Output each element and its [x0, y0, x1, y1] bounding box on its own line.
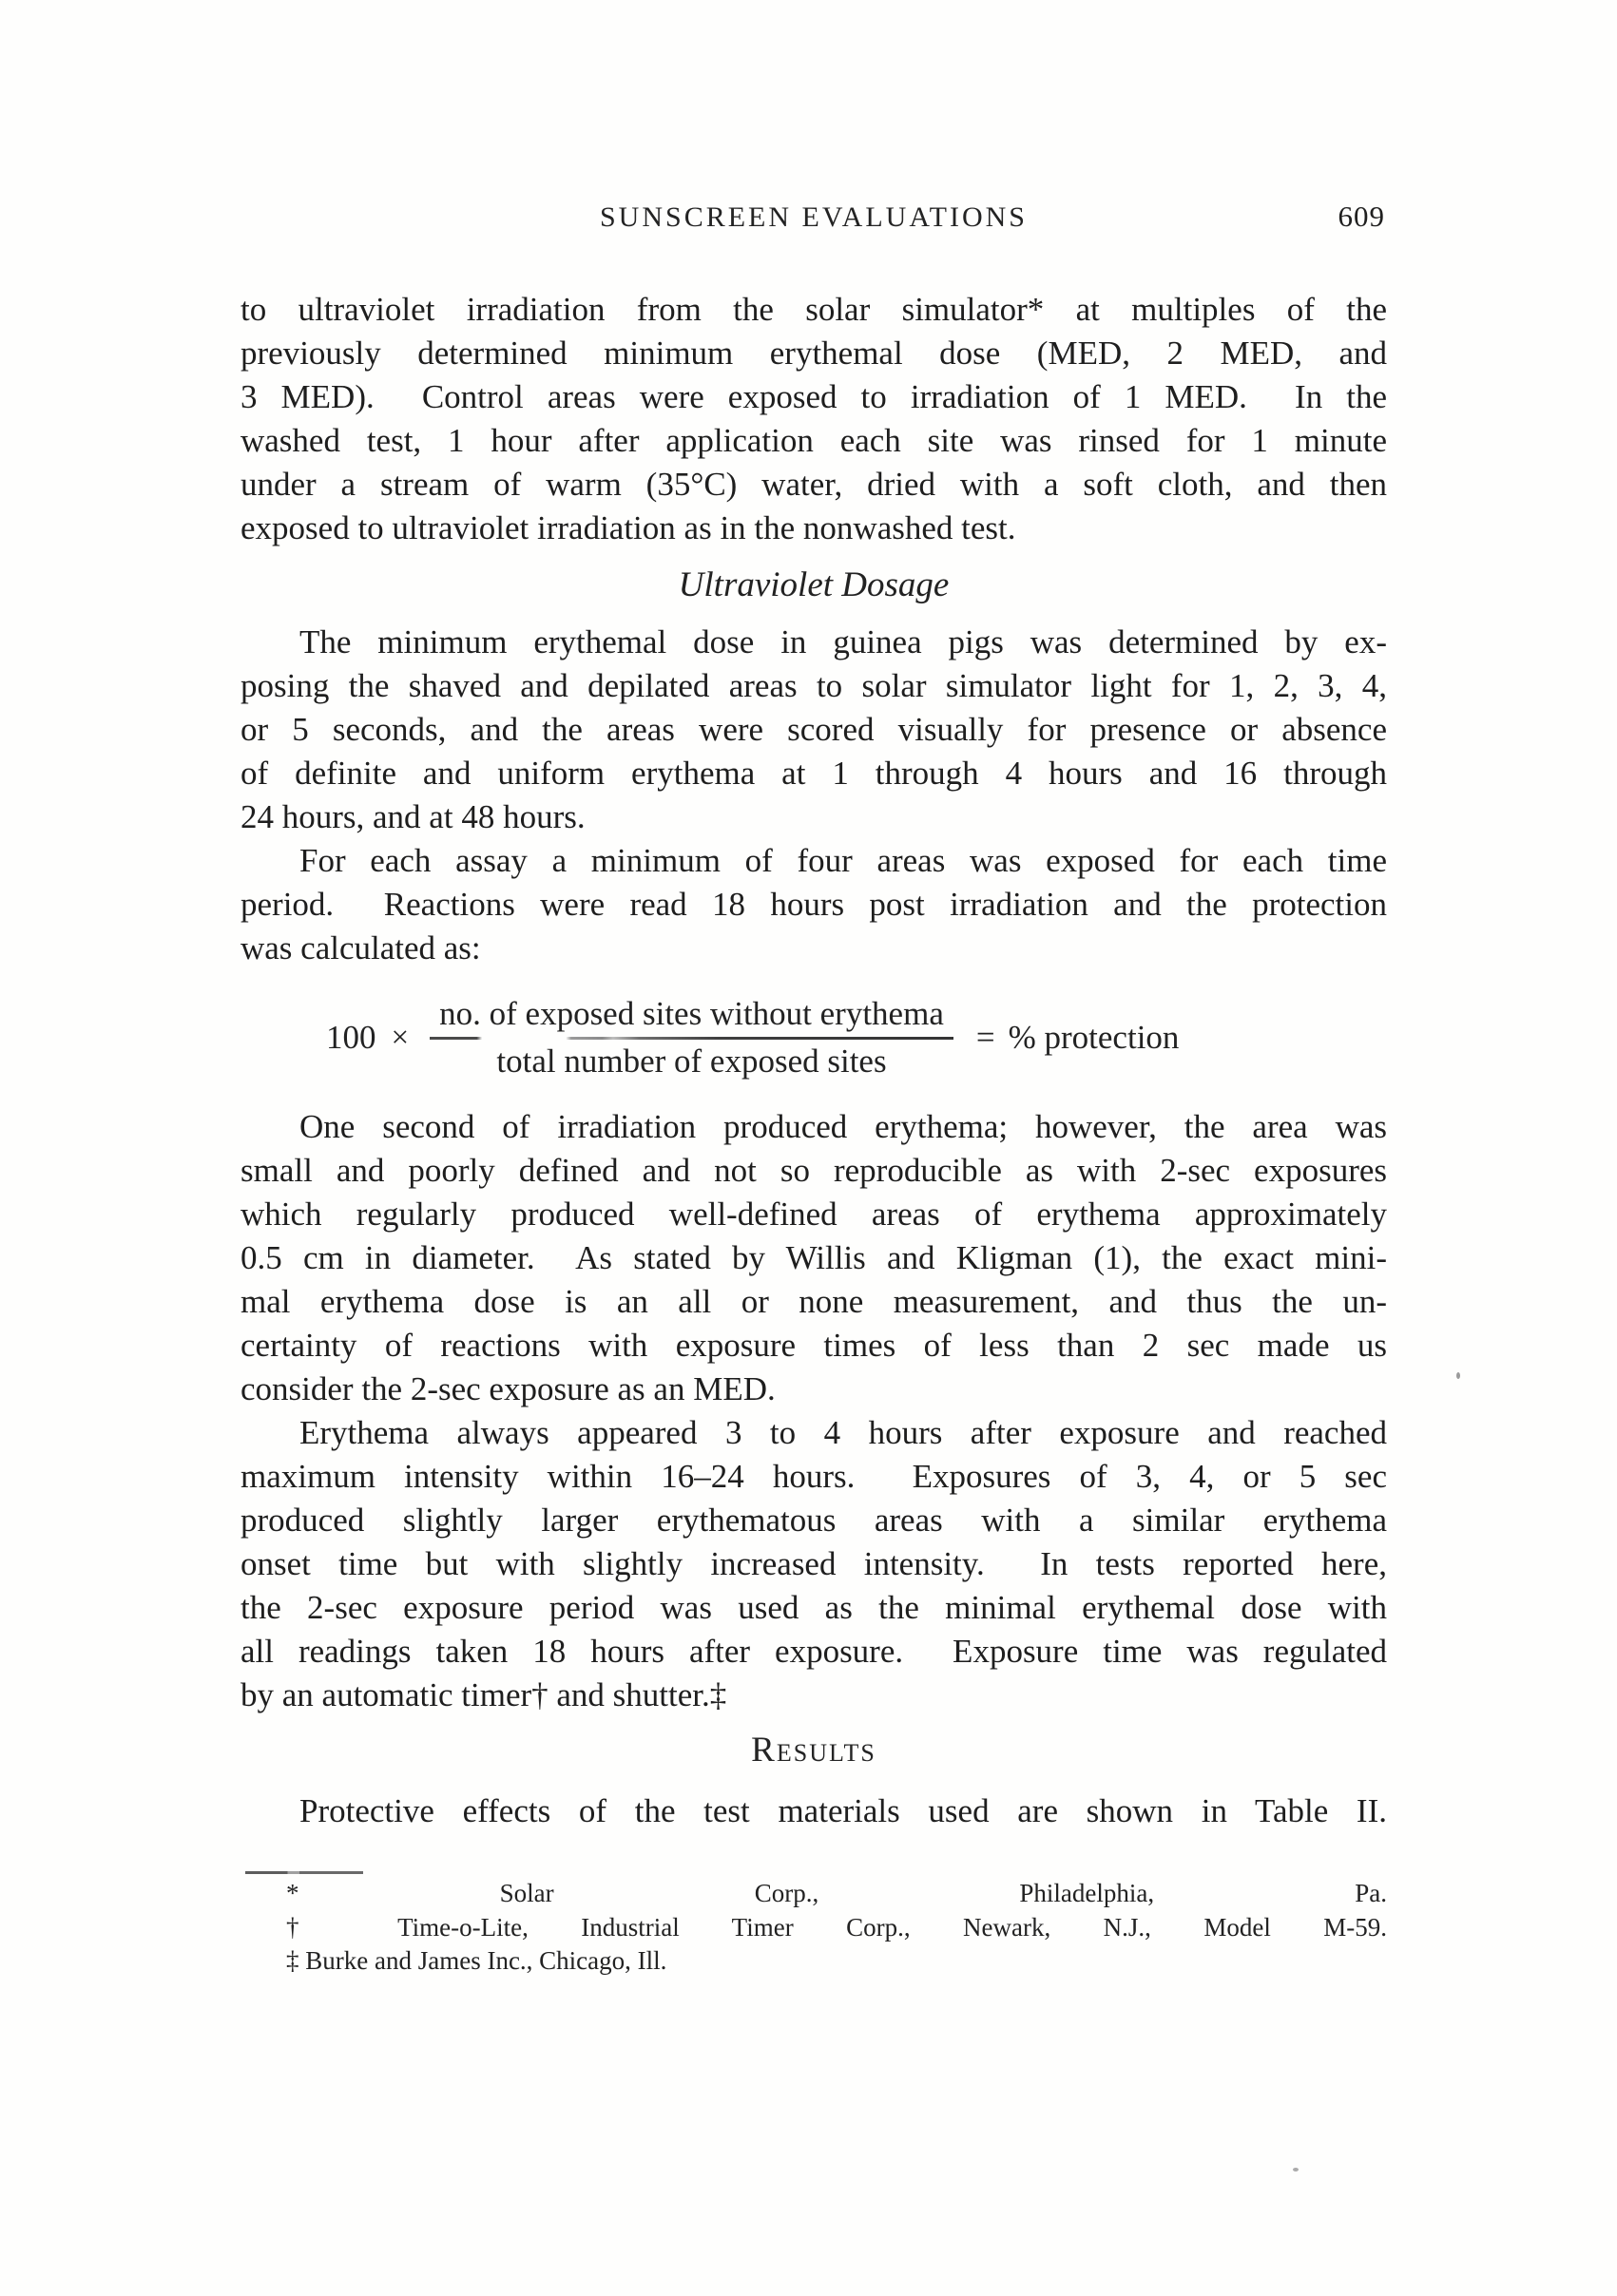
protection-formula: 100 × no. of exposed sites without eryth… [241, 994, 1387, 1081]
text-line: consider the 2-sec exposure as an MED. [241, 1368, 1387, 1411]
text-line: by an automatic timer† and shutter.‡ [241, 1674, 1387, 1717]
formula-fraction-bar [430, 1037, 953, 1040]
text-line: ‡ Burke and James Inc., Chicago, Ill. [241, 1944, 1387, 1979]
paragraph-assay-readings: For each assay a minimum of four areas w… [241, 839, 1387, 970]
formula-coefficient: 100 [326, 1019, 376, 1057]
text-line: * Solar Corp., Philadelphia, Pa. [241, 1877, 1387, 1911]
scan-speck [1456, 1372, 1460, 1379]
running-header: SUNSCREEN EVALUATIONS 609 [241, 201, 1387, 239]
footnotes-block: * Solar Corp., Philadelphia, Pa.† Time-o… [241, 1877, 1387, 1979]
paragraph-one-second-exposure: One second of irradiation produced eryth… [241, 1105, 1387, 1411]
page-number: 609 [1338, 200, 1386, 234]
text-line: washed test, 1 hour after application ea… [241, 419, 1387, 463]
scan-speck [1293, 2168, 1299, 2172]
text-line: posing the shaved and depilated areas to… [241, 664, 1387, 708]
text-line: was calculated as: [241, 927, 1387, 970]
text-line: 0.5 cm in diameter. As stated by Willis … [241, 1236, 1387, 1280]
formula-multiplication-sign: × [392, 1021, 410, 1056]
text-line: For each assay a minimum of four areas w… [241, 839, 1387, 883]
text-line: One second of irradiation produced eryth… [241, 1105, 1387, 1149]
running-title: SUNSCREEN EVALUATIONS [241, 201, 1387, 234]
paragraph-irradiation-procedure: to ultraviolet irradiation from the sola… [241, 288, 1387, 550]
text-line: produced slightly larger erythematous ar… [241, 1499, 1387, 1542]
text-line: 24 hours, and at 48 hours. [241, 795, 1387, 839]
formula-denominator: total number of exposed sites [487, 1042, 895, 1081]
text-line: certainty of reactions with exposure tim… [241, 1324, 1387, 1368]
text-line: † Time-o-Lite, Industrial Timer Corp., N… [241, 1911, 1387, 1945]
text-line: to ultraviolet irradiation from the sola… [241, 288, 1387, 332]
formula-equals-sign: = [976, 1019, 995, 1057]
text-line: previously determined minimum erythemal … [241, 332, 1387, 375]
text-line: which regularly produced well-defined ar… [241, 1193, 1387, 1236]
text-line: the 2-sec exposure period was used as th… [241, 1586, 1387, 1630]
text-line: Erythema always appeared 3 to 4 hours af… [241, 1411, 1387, 1455]
paragraph-med-determination: The minimum erythemal dose in guinea pig… [241, 621, 1387, 839]
text-line: under a stream of warm (35°C) water, dri… [241, 463, 1387, 507]
paragraph-results-intro: Protective effects of the test materials… [241, 1789, 1387, 1833]
text-line: small and poorly defined and not so repr… [241, 1149, 1387, 1193]
formula-numerator: no. of exposed sites without erythema [430, 994, 953, 1034]
text-line: of definite and uniform erythema at 1 th… [241, 752, 1387, 795]
text-line: exposed to ultraviolet irradiation as in… [241, 507, 1387, 550]
formula-result: % protection [1009, 1019, 1180, 1057]
text-line: Protective effects of the test materials… [241, 1789, 1387, 1833]
text-line: 3 MED). Control areas were exposed to ir… [241, 375, 1387, 419]
text-line: or 5 seconds, and the areas were scored … [241, 708, 1387, 752]
text-line: mal erythema dose is an all or none meas… [241, 1280, 1387, 1324]
section-heading-ultraviolet-dosage: Ultraviolet Dosage [241, 564, 1387, 605]
footnote-divider-rule [245, 1871, 363, 1874]
text-line: onset time but with slightly increased i… [241, 1542, 1387, 1586]
text-line: period. Reactions were read 18 hours pos… [241, 883, 1387, 927]
scanned-paper-page: SUNSCREEN EVALUATIONS 609 to ultraviolet… [0, 0, 1617, 2296]
text-line: all readings taken 18 hours after exposu… [241, 1630, 1387, 1674]
text-line: maximum intensity within 16–24 hours. Ex… [241, 1455, 1387, 1499]
formula-fraction: no. of exposed sites without erythema to… [430, 994, 953, 1081]
paragraph-erythema-onset: Erythema always appeared 3 to 4 hours af… [241, 1411, 1387, 1717]
results-heading: Results [241, 1730, 1387, 1770]
text-line: The minimum erythemal dose in guinea pig… [241, 621, 1387, 664]
